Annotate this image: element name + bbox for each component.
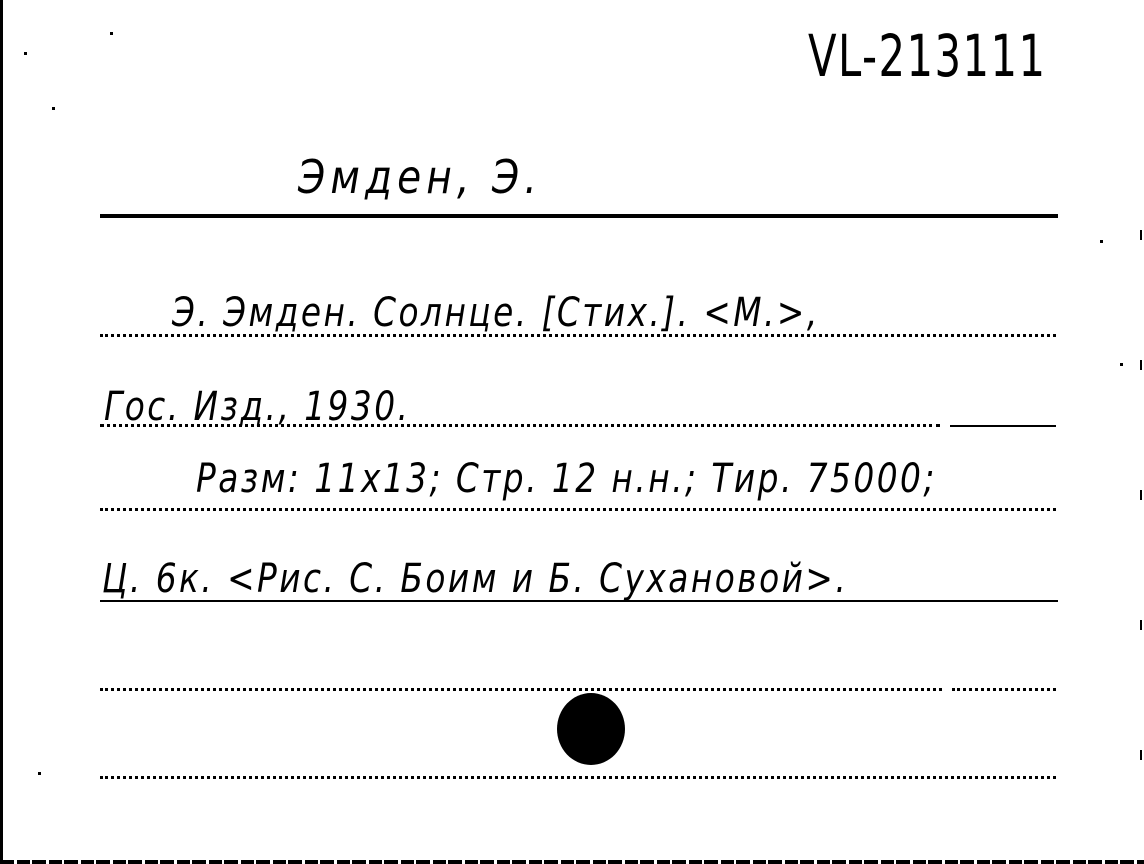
entry-rule-2b	[950, 425, 1056, 427]
entry-rule-1	[100, 334, 1056, 337]
card-right-edge	[1140, 200, 1142, 840]
entry-rule-2a	[100, 424, 940, 427]
catalog-card: VL-213111 Эмден, Э. Э. Эмден. Солнце. [С…	[0, 0, 1144, 864]
scan-speck	[52, 107, 55, 110]
heading-rule	[100, 214, 1058, 218]
entry-line-title: Э. Эмден. Солнце. [Стих.]. <М.>,	[172, 290, 820, 336]
scan-speck	[1120, 363, 1123, 366]
punch-hole	[557, 693, 625, 765]
call-number: VL-213111	[808, 22, 1047, 90]
blank-rule-1b	[952, 688, 1056, 691]
scan-speck	[24, 52, 27, 55]
card-bottom-edge	[0, 860, 1144, 864]
blank-rule-2	[100, 776, 1056, 779]
card-left-edge	[0, 0, 3, 864]
entry-rule-4	[100, 600, 1058, 602]
entry-line-price-illustrators: Ц. 6к. <Рис. С. Боим и Б. Сухановой>.	[102, 556, 848, 602]
scan-speck	[110, 32, 113, 35]
blank-rule-1a	[100, 688, 942, 691]
entry-line-physical: Разм: 11x13; Стр. 12 н.н.; Тир. 75000;	[196, 456, 937, 502]
scan-speck	[1100, 240, 1103, 243]
author-heading: Эмден, Э.	[298, 150, 542, 204]
scan-speck	[38, 772, 41, 775]
entry-rule-3	[100, 508, 1056, 511]
